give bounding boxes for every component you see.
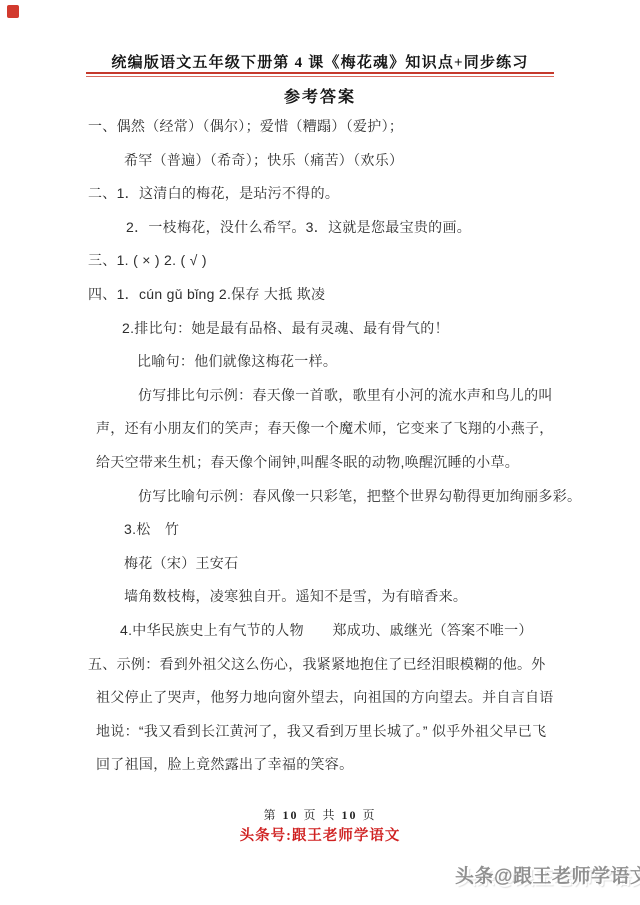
answer-line: 仿写比喻句示例：春风像一只彩笔，把整个世界勾勒得更加绚丽多彩。 [88, 480, 558, 514]
page-number-current: 10 [282, 808, 298, 822]
answer-line: 四、1．cún gǔ bǐng 2.保存 大抵 欺凌 [88, 278, 558, 312]
answer-line: 给天空带来生机；春天像个闹钟,叫醒冬眠的动物,唤醒沉睡的小草。 [88, 446, 558, 480]
answer-line: 仿写排比句示例：春天像一首歌，歌里有小河的流水声和鸟儿的叫 [88, 379, 558, 413]
answer-line: 五、示例：看到外祖父这么伤心，我紧紧地抱住了已经泪眼模糊的他。外 [88, 648, 558, 682]
answer-line: 声，还有小朋友们的笑声；春天像一个魔术师，它变来了飞翔的小燕子， [88, 412, 558, 446]
page-number-prefix: 第 [263, 808, 277, 822]
channel-byline: 头条号:跟王老师学语文 [0, 824, 640, 845]
answers-heading: 参考答案 [0, 84, 640, 107]
page-number-total: 10 [342, 808, 358, 822]
answer-list: 一、偶然（经常）（偶尔）；爱惜（糟蹋）（爱护）；希罕（普遍）（希奇）；快乐（痛苦… [88, 110, 558, 782]
answer-line: 祖父停止了哭声，他努力地向窗外望去，向祖国的方向望去。并自言自语 [88, 681, 558, 715]
red-corner-mark [7, 5, 19, 18]
title-red-double-underline [86, 72, 554, 77]
answer-line: 希罕（普遍）（希奇）；快乐（痛苦）（欢乐） [88, 144, 558, 178]
answer-line: 4.中华民族史上有气节的人物 郑成功、戚继光（答案不唯一） [88, 614, 558, 648]
answer-line: 回了祖国，脸上竟然露出了幸福的笑容。 [88, 748, 558, 782]
answer-line: 2.排比句：她是最有品格、最有灵魂、最有骨气的！ [88, 312, 558, 346]
page-number-suffix: 页 [363, 808, 377, 822]
page-number: 第 10 页 共 10 页 [0, 806, 640, 823]
answer-line: 梅花（宋）王安石 [88, 547, 558, 581]
toutiao-watermark: 头条@跟王老师学语文 [455, 861, 640, 888]
answer-line: 2．一枝梅花，没什么希罕。3．这就是您最宝贵的画。 [88, 211, 558, 245]
answer-line: 一、偶然（经常）（偶尔）；爱惜（糟蹋）（爱护）； [88, 110, 558, 144]
page-number-mid: 页 共 [303, 808, 336, 822]
page-title: 统编版语文五年级下册第 4 课《梅花魂》知识点+同步练习 [0, 51, 640, 72]
answer-line: 三、1. ( × ) 2. ( √ ) [88, 244, 558, 278]
answer-line: 3.松 竹 [88, 513, 558, 547]
answer-line: 二、1．这清白的梅花，是玷污不得的。 [88, 177, 558, 211]
answer-line: 地说：“我又看到长江黄河了，我又看到万里长城了。” 似乎外祖父早已飞 [88, 715, 558, 749]
worksheet-page: 统编版语文五年级下册第 4 课《梅花魂》知识点+同步练习 参考答案 一、偶然（经… [0, 0, 640, 905]
answer-line: 墙角数枝梅，凌寒独自开。遥知不是雪，为有暗香来。 [88, 580, 558, 614]
answer-line: 比喻句：他们就像这梅花一样。 [88, 345, 558, 379]
